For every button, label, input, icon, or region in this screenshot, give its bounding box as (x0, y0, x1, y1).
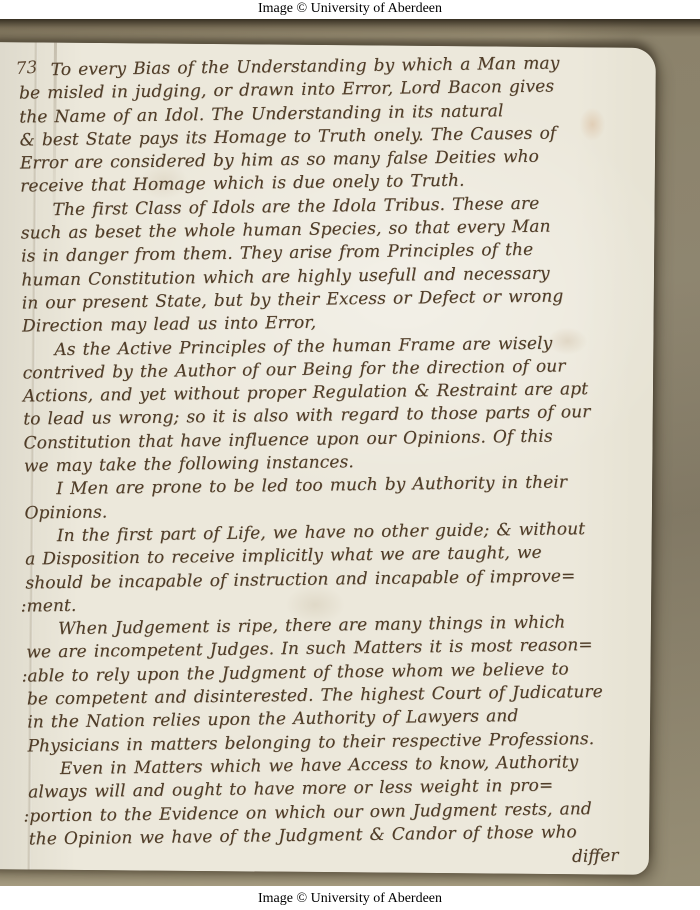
manuscript-text: To every Bias of the Understanding by wh… (19, 52, 629, 852)
catchword: differ (572, 846, 619, 867)
copyright-caption-bottom: Image © University of Aberdeen (0, 886, 700, 910)
manuscript-page: 73 To every Bias of the Understanding by… (0, 42, 656, 875)
copyright-text-bottom: Image © University of Aberdeen (258, 891, 442, 906)
copyright-text-top: Image © University of Aberdeen (258, 1, 442, 16)
copyright-caption-top: Image © University of Aberdeen (0, 0, 700, 19)
manuscript-scan: Image © University of Aberdeen 73 To eve… (0, 0, 700, 910)
photo-backdrop: 73 To every Bias of the Understanding by… (0, 19, 700, 886)
